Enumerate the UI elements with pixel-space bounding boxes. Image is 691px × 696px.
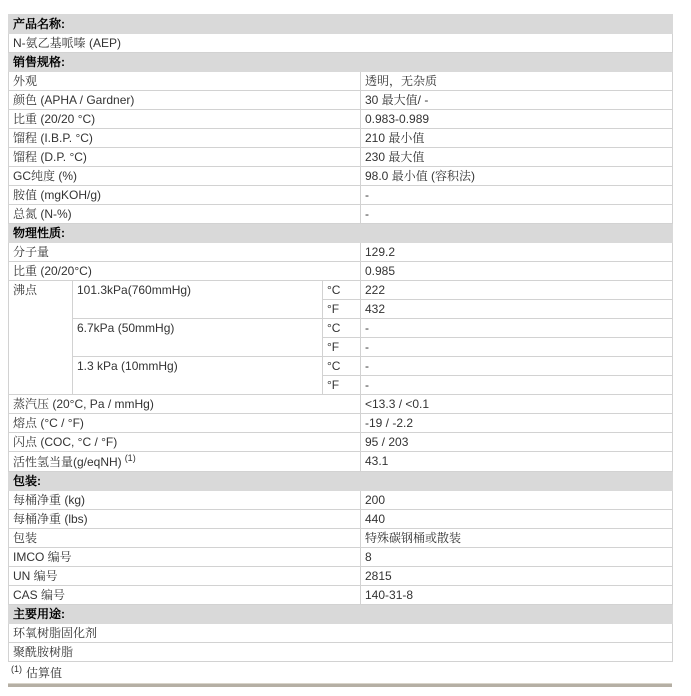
pressure-label: 101.3kPa(760mmHg) bbox=[73, 281, 323, 319]
table-row: CAS 编号 140-31-8 bbox=[9, 586, 673, 605]
unit-fahrenheit: °F bbox=[323, 376, 361, 395]
table-row: 馏程 (D.P. °C) 230 最大值 bbox=[9, 148, 673, 167]
spec-value: 432 bbox=[361, 300, 673, 319]
section-row-packaging: 包装: bbox=[9, 472, 673, 491]
table-row: 蒸汽压 (20°C, Pa / mmHg) <13.3 / <0.1 bbox=[9, 395, 673, 414]
spec-value: 透明，无杂质 bbox=[361, 72, 673, 91]
spec-value: - bbox=[361, 319, 673, 338]
spec-label: 活性氢当量(g/eqNH)(1) bbox=[9, 452, 361, 472]
spec-label: 包装 bbox=[9, 529, 361, 548]
spec-value: 95 / 203 bbox=[361, 433, 673, 452]
spec-value: - bbox=[361, 357, 673, 376]
section-header-product-name: 产品名称: bbox=[9, 15, 673, 34]
table-row: 闪点 (COC, °C / °F) 95 / 203 bbox=[9, 433, 673, 452]
table-row: UN 编号 2815 bbox=[9, 567, 673, 586]
product-spec-table: 产品名称: N-氨乙基哌嗪 (AEP) 销售规格: 外观 透明，无杂质 颜色 (… bbox=[8, 14, 673, 662]
spec-label: 外观 bbox=[9, 72, 361, 91]
section-header-packaging: 包装: bbox=[9, 472, 673, 491]
table-row: 熔点 (°C / °F) -19 / -2.2 bbox=[9, 414, 673, 433]
spec-value: 特殊碳钢桶或散装 bbox=[361, 529, 673, 548]
spec-label: 闪点 (COC, °C / °F) bbox=[9, 433, 361, 452]
boiling-point-row: 沸点 101.3kPa(760mmHg) °C 222 bbox=[9, 281, 673, 300]
table-row: 聚酰胺树脂 bbox=[9, 643, 673, 662]
spec-label: CAS 编号 bbox=[9, 586, 361, 605]
spec-value: 98.0 最小值 (容积法) bbox=[361, 167, 673, 186]
section-header-physical: 物理性质: bbox=[9, 224, 673, 243]
table-row: 包装 特殊碳钢桶或散装 bbox=[9, 529, 673, 548]
section-header-sales-spec: 销售规格: bbox=[9, 53, 673, 72]
unit-celsius: °C bbox=[323, 319, 361, 338]
table-row: 环氧树脂固化剂 bbox=[9, 624, 673, 643]
spec-value: - bbox=[361, 205, 673, 224]
table-row: 每桶净重 (kg) 200 bbox=[9, 491, 673, 510]
footnote-marker: (1) bbox=[125, 453, 136, 463]
spec-value: 129.2 bbox=[361, 243, 673, 262]
spec-label: 每桶净重 (lbs) bbox=[9, 510, 361, 529]
table-row: 比重 (20/20 °C) 0.983-0.989 bbox=[9, 110, 673, 129]
table-row: 比重 (20/20°C) 0.985 bbox=[9, 262, 673, 281]
pressure-label: 6.7kPa (50mmHg) bbox=[73, 319, 323, 357]
spec-label: 馏程 (I.B.P. °C) bbox=[9, 129, 361, 148]
use-item: 聚酰胺树脂 bbox=[9, 643, 673, 662]
spec-label: 总氮 (N-%) bbox=[9, 205, 361, 224]
spec-value: - bbox=[361, 376, 673, 395]
use-item: 环氧树脂固化剂 bbox=[9, 624, 673, 643]
spec-label: IMCO 编号 bbox=[9, 548, 361, 567]
boiling-point-label: 沸点 bbox=[9, 281, 73, 395]
spec-label-text: 活性氢当量(g/eqNH) bbox=[13, 455, 122, 469]
table-row: 每桶净重 (lbs) 440 bbox=[9, 510, 673, 529]
spec-value: 0.983-0.989 bbox=[361, 110, 673, 129]
spec-value: 0.985 bbox=[361, 262, 673, 281]
spec-label: 蒸汽压 (20°C, Pa / mmHg) bbox=[9, 395, 361, 414]
product-name-value: N-氨乙基哌嗪 (AEP) bbox=[9, 34, 673, 53]
spec-value: 222 bbox=[361, 281, 673, 300]
spec-value: - bbox=[361, 338, 673, 357]
spec-label: 比重 (20/20 °C) bbox=[9, 110, 361, 129]
section-row-physical: 物理性质: bbox=[9, 224, 673, 243]
spec-value: <13.3 / <0.1 bbox=[361, 395, 673, 414]
table-row: 胺值 (mgKOH/g) - bbox=[9, 186, 673, 205]
spec-value: 43.1 bbox=[361, 452, 673, 472]
unit-fahrenheit: °F bbox=[323, 300, 361, 319]
spec-value: 230 最大值 bbox=[361, 148, 673, 167]
spec-label: 比重 (20/20°C) bbox=[9, 262, 361, 281]
spec-value: 140-31-8 bbox=[361, 586, 673, 605]
table-row: GC纯度 (%) 98.0 最小值 (容积法) bbox=[9, 167, 673, 186]
spec-value: -19 / -2.2 bbox=[361, 414, 673, 433]
table-row: 颜色 (APHA / Gardner) 30 最大值/ - bbox=[9, 91, 673, 110]
spec-value: 30 最大值/ - bbox=[361, 91, 673, 110]
spec-label: 分子量 bbox=[9, 243, 361, 262]
section-header-uses: 主要用途: bbox=[9, 605, 673, 624]
footnote: (1)估算值 bbox=[11, 665, 691, 681]
spec-label: 胺值 (mgKOH/g) bbox=[9, 186, 361, 205]
unit-celsius: °C bbox=[323, 281, 361, 300]
table-row: N-氨乙基哌嗪 (AEP) bbox=[9, 34, 673, 53]
section-row-product-name: 产品名称: bbox=[9, 15, 673, 34]
spec-value: 200 bbox=[361, 491, 673, 510]
section-row-sales-spec: 销售规格: bbox=[9, 53, 673, 72]
table-row: 外观 透明，无杂质 bbox=[9, 72, 673, 91]
boiling-point-row: 6.7kPa (50mmHg) °C - bbox=[9, 319, 673, 338]
spec-value: 440 bbox=[361, 510, 673, 529]
spec-value: 2815 bbox=[361, 567, 673, 586]
spec-label: 熔点 (°C / °F) bbox=[9, 414, 361, 433]
table-row: 分子量 129.2 bbox=[9, 243, 673, 262]
unit-fahrenheit: °F bbox=[323, 338, 361, 357]
table-row: IMCO 编号 8 bbox=[9, 548, 673, 567]
footnote-text: 估算值 bbox=[26, 666, 62, 680]
table-row: 总氮 (N-%) - bbox=[9, 205, 673, 224]
spec-value: 8 bbox=[361, 548, 673, 567]
spec-label: GC纯度 (%) bbox=[9, 167, 361, 186]
table-row: 馏程 (I.B.P. °C) 210 最小值 bbox=[9, 129, 673, 148]
footnote-marker: (1) bbox=[11, 664, 22, 674]
section-row-uses: 主要用途: bbox=[9, 605, 673, 624]
pressure-label: 1.3 kPa (10mmHg) bbox=[73, 357, 323, 395]
unit-celsius: °C bbox=[323, 357, 361, 376]
spec-label: UN 编号 bbox=[9, 567, 361, 586]
spec-label: 馏程 (D.P. °C) bbox=[9, 148, 361, 167]
boiling-point-row: 1.3 kPa (10mmHg) °C - bbox=[9, 357, 673, 376]
spec-value: 210 最小值 bbox=[361, 129, 673, 148]
product-spec-page: 产品名称: N-氨乙基哌嗪 (AEP) 销售规格: 外观 透明，无杂质 颜色 (… bbox=[0, 0, 691, 687]
spec-label: 颜色 (APHA / Gardner) bbox=[9, 91, 361, 110]
spec-label: 每桶净重 (kg) bbox=[9, 491, 361, 510]
table-row: 活性氢当量(g/eqNH)(1) 43.1 bbox=[9, 452, 673, 472]
spec-value: - bbox=[361, 186, 673, 205]
bottom-divider bbox=[8, 683, 672, 687]
